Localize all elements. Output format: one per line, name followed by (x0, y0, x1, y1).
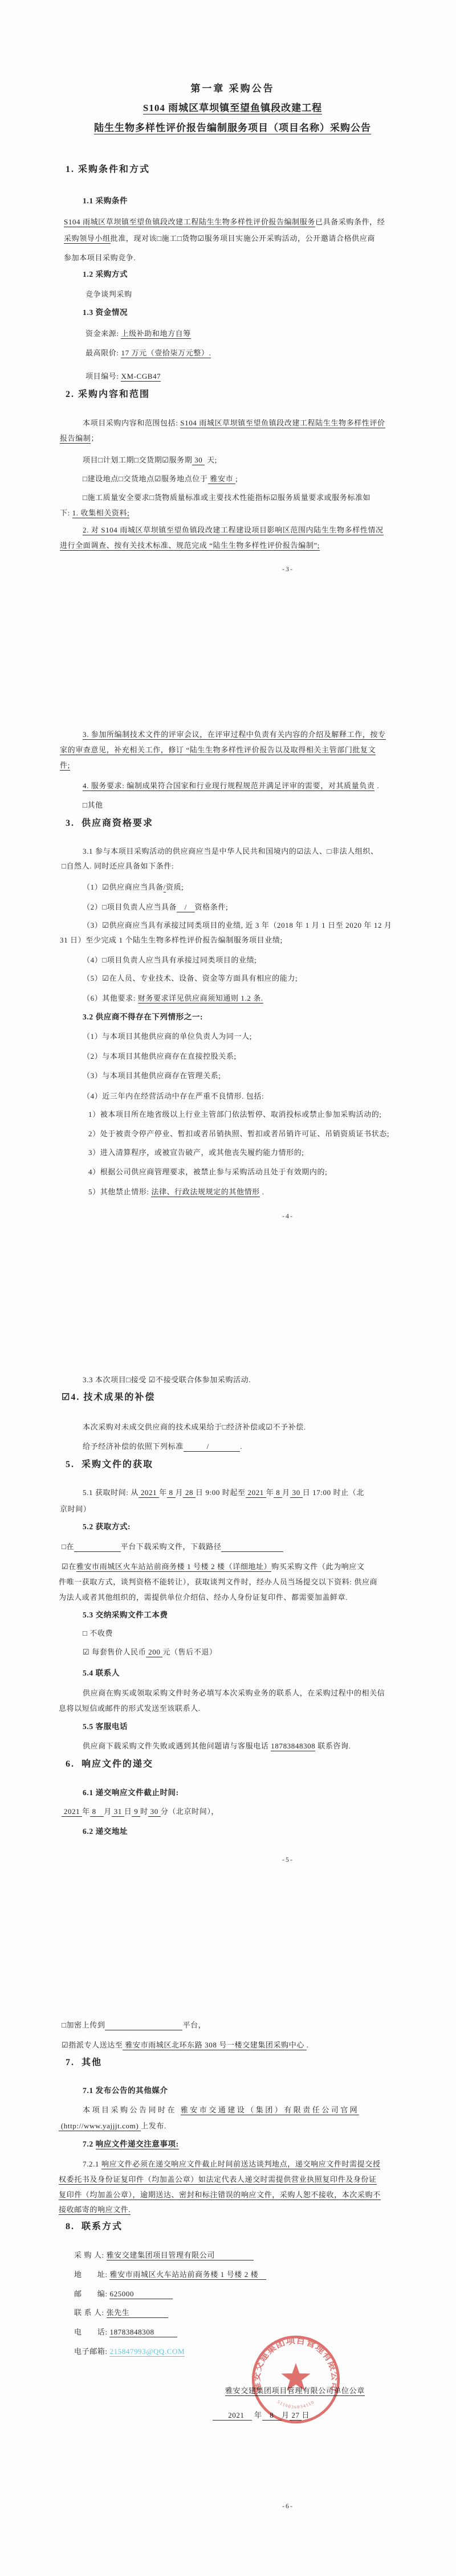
seal-company-text: 雅安交建集团项目管理有限公司 (251, 2335, 340, 2393)
text-segment: 3. 参加所编制技术文件的评审会议，在评审过程中负责有关内容的介绍及解释工作，按… (83, 730, 386, 740)
doc-line-p3: 供应商在购买或领取采购文件时务必填写本次采购业务的联系人，在采购过程中的相关信 (83, 1689, 385, 1698)
doc-line-p2: 5）其他禁止情形: 法律、行政法规规定的其他情形 . (88, 1187, 264, 1197)
text-segment: 30 (192, 456, 205, 465)
price-ceiling: 最高限价: 17 万元（壹拾柒万元整）. (85, 349, 211, 358)
text-segment: ☑指派专人送达至 (62, 2041, 123, 2049)
text-segment: 下: (60, 509, 72, 517)
seal-code-text: 5110036034110 (276, 2399, 316, 2410)
text-segment: □其他 (83, 801, 103, 809)
doc-line-p3: 给予经济补偿的依照下列标准 / . (83, 1442, 242, 1451)
publish-media: 本项目采购公告同时在 雅安市交通建设（集团）有限责任公司官网 (83, 2106, 359, 2115)
text-segment: 7. 其他 (66, 2058, 102, 2067)
text-segment: （4）□项目负责人应当具有承接过同类项目的业绩; (83, 956, 256, 964)
text-segment: （4）近三年内在经营活动中存在严重不良情形. 包括: (83, 1092, 264, 1100)
doc-line-p2: （1）☑供应商应当具备/资质; (83, 883, 184, 892)
postal-code: 邮 编: 625000 (74, 2290, 173, 2299)
text-segment: 2. 采购内容和范围 (66, 390, 150, 399)
text-segment: / (177, 903, 194, 912)
purchaser-name: 采 购 人: 雅安交建集团项目管理有限公司 (74, 2251, 254, 2260)
text-segment: 30 (290, 1488, 303, 1498)
text-segment: 3. 供应商资格要求 (66, 818, 153, 828)
doc-line-p2: （3）与本项目其他供应商存在管理关系; (83, 1071, 221, 1080)
text-segment: . (374, 781, 379, 790)
text-segment: 电 话: (74, 2328, 109, 2336)
doc-line-p4: 权委托书及身份证复印件（均加盖公章）如法定代表人递交时需提供营业执照复印件及身份… (59, 2175, 377, 2184)
doc-line-p1: 2. 对 S104 雨城区草坝镇至望鱼镇段改建工程建设项目影响区范围内陆生生物多… (83, 526, 384, 535)
text-segment: 8 (90, 1807, 104, 1817)
document-fee: ☑ 每套售价人民币 200 元（售后不退） (83, 1648, 217, 1657)
text-segment: 陆生生物多样性评价报告编制服务项目 (94, 122, 268, 134)
text-segment: 本项目采购内容和范围包括: (83, 419, 180, 427)
text-segment: （6）其他要求: (83, 994, 138, 1002)
text-segment: 元（售后不退） (162, 1648, 217, 1656)
text-segment: 2021 (246, 1488, 266, 1498)
doc-line-p1: 本项目采购内容和范围包括: S104 雨城区草坝镇至望鱼镇段改建工程陆生生物多样… (83, 419, 385, 428)
text-segment: ☑在 (62, 1562, 76, 1571)
text-segment: 18783848308 (271, 1742, 315, 1751)
text-segment: 8 (274, 1488, 282, 1498)
text-segment: 上发布. (141, 2122, 166, 2130)
text-segment: 5.3 交纳采购文件工本费 (83, 1611, 168, 1619)
text-segment: ； (91, 434, 99, 443)
text-segment: 参加本项目采购竞争. (64, 253, 136, 262)
doc-line-p4: 7.2.1 响应文件必须在递交响应文件截止时间前送达谈判地点，递交响应文件时需提… (83, 2160, 380, 2169)
text-segment: 2021 (62, 1807, 82, 1817)
chapter-title: 第一章 采购公告 (57, 83, 408, 95)
section-6-1-heading: 6.1 递交响应文件截止时间: (83, 1788, 179, 1798)
text-segment: 7.1 发布公告的其他媒介 (83, 2086, 168, 2095)
text-segment: 进行全面调查、按有关技术标准、规范完成 “陆生生物多样性评价报告编制”; (60, 541, 320, 551)
text-segment: 电子邮箱: (74, 2347, 109, 2356)
text-segment: 雅安交建集团项目管理有限公司 (107, 2251, 254, 2260)
text-segment: 18783848308 (109, 2328, 177, 2337)
contact-email: 电子邮箱: 215847993@QQ.COM (74, 2347, 185, 2356)
text-segment: 地 址: (74, 2270, 109, 2279)
page-number: -3- (282, 565, 294, 574)
doc-line-p2: 31 日）至少完成 1 个陆生生物多样性评价报告编制服务项目业绩; (60, 936, 283, 945)
text-segment: / (184, 1442, 240, 1452)
doc-line-p4: 复印件（均加盖公章），逾期送达、密封和标注错误的响应文件，采购人恕不接收，本次采… (59, 2190, 381, 2200)
text-segment (221, 1542, 283, 1552)
text-segment: 给予经济补偿的依照下列标准 (83, 1442, 184, 1451)
text-segment: S104 雨城区草坝镇至望鱼镇段改建工程陆生生物多样性评价报告编制服务 (64, 218, 315, 227)
seal-caption: 雅安交建集团项目管理有限公司单位公章 (225, 2386, 365, 2395)
procurement-announcement-document: 第一章 采购公告S104 雨城区草坝镇至望鱼镇段改建工程陆生生物多样性评价报告编… (0, 0, 456, 2576)
doc-line-p1: 参加本项目采购竞争. (64, 253, 136, 263)
text-segment: -5- (282, 1856, 294, 1864)
text-segment: ☑ 每套售价人民币 (83, 1648, 146, 1656)
text-segment: 为法人或者其他组织的，需提供单位介绍信、经办人身份证复印件、都需要加盖鲜章. (59, 1593, 348, 1602)
text-segment: 17 万元（壹拾柒万元整）. (121, 349, 211, 358)
text-segment: 竞争谈判采购 (85, 290, 132, 298)
text-segment: 2021 (139, 1488, 159, 1498)
text-segment: 日 (302, 2411, 310, 2419)
text-segment: 月 (104, 1807, 112, 1816)
text-segment: 1. 收集相关资料; (72, 509, 130, 518)
text-segment: 雅安市雨城区火车站站前商务楼 1 号楼 2 楼 (109, 2270, 266, 2280)
purchaser-address: 地 址: 雅安市雨城区火车站站前商务楼 1 号楼 2 楼 (74, 2270, 266, 2279)
text-segment: （5）☑在人员、专业技术、设备、资金等方面具有相应的能力; (83, 974, 298, 982)
text-segment (105, 2021, 182, 2030)
text-segment: 本次采购对未成交供应商的技术成果给于□经济补偿或☑不予补偿. (83, 1423, 306, 1431)
text-segment: 响应文件递交注意事项: (96, 2140, 179, 2149)
section-8-heading: 8. 联系方式 (66, 2221, 123, 2233)
section-7-2-heading: 7.2 响应文件递交注意事项: (83, 2140, 179, 2149)
text-segment: 1.1 采购条件 (83, 196, 128, 205)
text-segment: 年 (266, 1488, 274, 1497)
text-segment: 2. 对 S104 雨城区草坝镇至望鱼镇段改建工程建设项目影响区范围内陆生生物多… (83, 526, 384, 535)
text-segment: 资金来源: (85, 329, 121, 338)
text-segment: 3.2 供应商不得存在下列情形之一: (83, 1013, 203, 1021)
doc-line-p1: 项目□计划工期□交货期☑服务期 30 天; (83, 456, 217, 465)
text-segment: XM-CGB47 (121, 372, 161, 382)
doc-line-p2: 4）根据公司供应商管理要求，被禁止参与采购活动且处于有效期内的; (88, 1168, 327, 1177)
text-segment: □加密上传到 (62, 2021, 105, 2029)
doc-line-p1: S104 雨城区草坝镇至望鱼镇段改建工程陆生生物多样性评价报告编制服务已具备采购… (64, 218, 385, 227)
text-segment: 供应商下载采购文件失败或遇到其他问题请与客服电话 (83, 1742, 271, 1750)
text-segment: （1）与本项目其他供应商的单位负责人为同一人; (83, 1032, 252, 1041)
text-segment: 雅安市 (208, 474, 236, 484)
doc-line-p3: □ 不收费 (83, 1629, 113, 1638)
text-segment (74, 1542, 121, 1552)
section-3-heading: 3. 供应商资格要求 (66, 818, 153, 829)
text-segment: 张先生 (107, 2308, 169, 2318)
text-segment: 项目□计划工期□交货期☑服务期 (83, 456, 192, 464)
text-segment: -6- (282, 2502, 294, 2510)
project-title-line1: S104 雨城区草坝镇至望鱼镇段改建工程 (57, 102, 408, 114)
text-segment: (http://www.yajjjt.com) (59, 2122, 141, 2131)
page-number: -5- (282, 1856, 294, 1864)
text-segment: 京时间） (60, 1505, 91, 1513)
section-5-3-heading: 5.3 交纳采购文件工本费 (83, 1611, 168, 1620)
doc-line-p2: （5）☑在人员、专业技术、设备、资金等方面具有相应的能力; (83, 974, 298, 983)
section-5-5-heading: 5.5 客服电话 (83, 1722, 128, 1732)
text-segment: 6.2 递交地址 (83, 1827, 128, 1836)
text-segment: （3）☑供应商应当具有承接过同类项目的业绩, 近 3 年（2018 年 1 月 … (83, 921, 392, 929)
text-segment: 复印件（均加盖公章），逾期送达、密封和标注错误的响应文件，采购人恕不接收，本次采… (59, 2190, 381, 2200)
doc-line-p2: （4）□项目负责人应当具有承接过同类项目的业绩; (83, 956, 256, 965)
text-segment: 息将以短信或邮件的形式发送至该联系人. (59, 1704, 201, 1713)
doc-line-p1: 报告编制； (60, 434, 99, 443)
service-phone: 供应商下载采购文件失败或遇到其他问题请与客服电话 18783848308 联系咨… (83, 1742, 351, 1751)
delivery-address: ☑指派专人送达至 雅安市雨城区北环东路 308 号一楼交建集团采购中心 . (62, 2041, 309, 2050)
text-segment: 1. 采购条件和方式 (66, 165, 150, 174)
doc-line-p4: 接收邮寄的响应文件. (59, 2205, 131, 2214)
section-2-heading: 2. 采购内容和范围 (66, 389, 150, 400)
section-5-heading: 5. 采购文件的获取 (66, 1459, 153, 1471)
text-segment: （2）与本项目其他供应商存在直接控股关系; (83, 1052, 237, 1060)
doc-line-p3: ☑在雅安市雨城区火车站站前商务楼 1 号楼 2 楼（详细地址）购买采购文件（此为… (62, 1562, 364, 1571)
doc-line-p1: □建设地点□交货地点☑服务地点位于 雅安市 ; (83, 474, 238, 484)
text-segment: 财务要求详见供应商须知通则 1.2 条. (138, 994, 263, 1004)
doc-line-p2: （6）其他要求: 财务要求详见供应商须知通则 1.2 条. (83, 994, 263, 1003)
section-1-2-heading: 1.2 采购方式 (83, 270, 128, 280)
text-segment: 月 (176, 1488, 184, 1497)
text-segment: 购买采购文件（此为响应文 (271, 1562, 364, 1571)
text-segment: 邮 编: (74, 2290, 109, 2298)
section-5-2-heading: 5.2 获取方式: (83, 1522, 131, 1532)
svg-text:5110036034110: 5110036034110 (276, 2399, 316, 2410)
text-segment: 31 (112, 1807, 124, 1817)
section-1-heading: 1. 采购条件和方式 (66, 164, 150, 175)
acquisition-time: 5.1 获取时间: 从 2021 年 8 月 28 日 9:00 时起至 202… (83, 1488, 364, 1497)
text-segment: 件唯一获取方式，谈判资格不能转让），获取谈判文件时，经办人员当场提交以下资料: … (59, 1578, 377, 1586)
doc-line-p3: 3.3 本次项目□接受 ☑不接受联合体参加采购活动. (83, 1375, 251, 1385)
doc-line-p2: （3）☑供应商应当具有承接过同类项目的业绩, 近 3 年（2018 年 1 月 … (83, 921, 392, 930)
doc-line-p3: □在 平台下载采购文件，下载路径 (62, 1542, 283, 1551)
text-segment: 7.2 (83, 2140, 96, 2148)
text-segment: 4. 服务要求: 编制成果符合国家和行业现行规程规范并满足评审的需要，对其质量负… (83, 781, 374, 791)
text-segment: 3）进入清算程序，或被宣告破产，或其他丧失履约能力情形的; (88, 1148, 304, 1157)
text-segment: 1.3 资金情况 (83, 308, 128, 317)
text-segment: □ 不收费 (83, 1629, 113, 1637)
doc-line-p1: 采购领导小组批准，现对该□施工□货物☑服务项目实施公开采购活动，公开邀请合格供应… (64, 234, 375, 243)
section-6-2-heading: 6.2 递交地址 (83, 1827, 128, 1837)
text-segment: . (307, 2041, 309, 2049)
text-segment: 5.2 获取方式: (83, 1522, 131, 1531)
text-segment: 日 9:00 时起至 (196, 1488, 246, 1497)
section-7-1-heading: 7.1 发布公告的其他媒介 (83, 2086, 168, 2096)
text-segment: 接收邮寄的响应文件. (59, 2205, 131, 2215)
text-segment: ; (235, 474, 238, 483)
text-segment: 平台， (182, 2021, 206, 2029)
text-segment: 年 (159, 1488, 167, 1497)
doc-line-p3: 本次采购对未成交供应商的技术成果给于□经济补偿或☑不予补偿. (83, 1423, 306, 1432)
text-segment: 月 (282, 2411, 290, 2419)
text-segment: 法律、行政法规规定的其他情形 (151, 1187, 259, 1197)
text-segment: 报告编制 (60, 434, 91, 444)
section-7-heading: 7. 其他 (66, 2057, 102, 2069)
doc-line-p1: □施工质量安全要求□货物质量标准或主要技术性能指标☑服务质量要求或服务标准如 (83, 493, 370, 502)
text-segment: 天; (205, 456, 217, 464)
text-segment: 年 (252, 2411, 262, 2419)
text-segment: □建设地点□交货地点☑服务地点位于 (83, 474, 208, 483)
text-segment: 雅安市雨城区北环东路 308 号一楼交建集团采购中心 (123, 2041, 306, 2050)
text-segment: 30 (148, 1807, 161, 1817)
text-segment: -4- (282, 1212, 294, 1220)
section-6-heading: 6. 响应文件的递交 (66, 1759, 153, 1770)
text-segment: 3.1 参与本项目采购活动的供应商应当是中华人民共和国境内的☑法人、□非法人组织… (83, 847, 378, 855)
text-segment: ☑4. 技术成果的补偿 (62, 1393, 155, 1402)
text-segment: 雅安市雨城区火车站站前商务楼 1 号楼 2 楼（详细地址） (76, 1562, 271, 1572)
doc-line-p3: 件唯一获取方式，谈判资格不能转让），获取谈判文件时，经办人员当场提交以下资料: … (59, 1578, 377, 1587)
text-segment: 资格条件; (195, 903, 229, 911)
text-segment: 215847993@QQ.COM (109, 2347, 185, 2357)
text-segment: 供应商在购买或领取采购文件时务必填写本次采购业务的联系人，在采购过程中的相关信 (83, 1689, 385, 1697)
doc-line-p2: 4. 服务要求: 编制成果符合国家和行业现行规程规范并满足评审的需要，对其质量负… (83, 781, 379, 791)
text-segment: 8 (167, 1488, 176, 1498)
doc-line-p2: 3. 参加所编制技术文件的评审会议，在评审过程中负责有关内容的介绍及解释工作，按… (83, 730, 386, 739)
publish-url: (http://www.yajjjt.com) 上发布. (59, 2122, 166, 2131)
text-segment: 2021 (213, 2411, 252, 2421)
text-segment: 4）根据公司供应商管理要求，被禁止参与采购活动且处于有效期内的; (88, 1168, 327, 1176)
text-segment: 年 (82, 1807, 90, 1816)
doc-line-p3: 为法人或者其他组织的，需提供单位介绍信、经办人身份证复印件、都需要加盖鲜章. (59, 1593, 348, 1602)
text-segment: 雅安市交通建设（集团）有限责任公司官网 (181, 2106, 360, 2115)
text-segment: 7.2.1 (83, 2160, 101, 2168)
doc-line-p3: 京时间） (60, 1505, 91, 1514)
text-segment: 日 17:00 时止（北 (303, 1488, 364, 1497)
section-3-2-heading: 3.2 供应商不得存在下列情形之一: (83, 1013, 203, 1022)
text-segment: 资质; (166, 883, 184, 891)
procurement-method: 竞争谈判采购 (85, 290, 132, 299)
section-4-heading: ☑4. 技术成果的补偿 (62, 1392, 155, 1403)
text-segment: 第一章 采购公告 (190, 83, 274, 94)
text-segment: 分（北京时间）， (161, 1807, 219, 1816)
text-segment: 已具备采购条件，经 (315, 218, 385, 226)
text-segment: 200 (146, 1648, 162, 1657)
text-segment: 联 系 人: (74, 2308, 107, 2317)
text-segment: 1）被本项目所在地省级以上行业主管部门依法暂停、取消投标或禁止参加采购活动的; (88, 1110, 382, 1119)
text-segment: S104 雨城区草坝镇至望鱼镇段改建工程 (143, 103, 322, 114)
text-segment: 1.2 采购方式 (83, 270, 128, 279)
text-segment: 响应文件必须在递交响应文件截止时间前送达谈判地点，递交响应文件时需提交授 (101, 2160, 381, 2169)
seal-ring (253, 2337, 339, 2422)
text-segment: 月 (282, 1488, 290, 1497)
text-segment: □自然人. 同时还应具备如下条件: (62, 862, 174, 870)
project-title-line2: 陆生生物多样性评价报告编制服务项目（项目名称）采购公告 (57, 122, 408, 134)
text-segment: 本项目采购公告同时在 (83, 2106, 181, 2114)
text-segment: 日 (124, 1807, 132, 1816)
text-segment: S104 雨城区草坝镇至望鱼镇段改建工程陆生生物多样性评价 (180, 419, 385, 428)
text-segment: 6. 响应文件的递交 (66, 1759, 153, 1769)
text-segment: 雅安交建集团项目管理有限公司单位公章 (225, 2386, 365, 2396)
text-segment: 28 (183, 1488, 196, 1498)
text-segment: □施工质量安全要求□货物质量标准或主要技术性能指标☑服务质量要求或服务标准如 (83, 493, 370, 502)
text-segment: （1）☑供应商应当具备 (83, 883, 164, 891)
contact-phone: 电 话: 18783848308 (74, 2328, 177, 2337)
text-segment: 5.4 联系人 (83, 1669, 120, 1677)
text-segment: 权委托书及身份证复印件（均加盖公章）如法定代表人递交时需提供营业执照复印件及身份… (59, 2175, 377, 2185)
doc-line-p2: （4）近三年内在经营活动中存在严重不良情形. 包括: (83, 1092, 264, 1101)
doc-line-p2: （2）□项目负责人应当具备 / 资格条件; (83, 903, 228, 912)
signature-date: 2021 年 8 月 27 日 (213, 2411, 310, 2420)
text-segment: 8 (262, 2411, 282, 2421)
text-segment: -3- (282, 565, 294, 573)
text-segment: 6.1 递交响应文件截止时间: (83, 1788, 179, 1797)
text-segment: 5）其他禁止情形: (88, 1187, 151, 1196)
text-segment: 项目编号: (85, 372, 121, 380)
text-segment: 联系咨询. (315, 1742, 351, 1750)
text-segment: 3.3 本次项目□接受 ☑不接受联合体参加采购活动. (83, 1375, 251, 1384)
text-segment: 27 (290, 2411, 302, 2421)
text-segment: . (240, 1442, 242, 1451)
doc-line-p2: （1）与本项目其他供应商的单位负责人为同一人; (83, 1032, 252, 1041)
text-segment: □在 (62, 1542, 74, 1551)
doc-line-p1: 下: 1. 收集相关资料; (60, 509, 129, 518)
doc-line-p2: 1）被本项目所在地省级以上行业主管部门依法暂停、取消投标或禁止参加采购活动的; (88, 1110, 382, 1119)
contact-person: 联 系 人: 张先生 (74, 2308, 168, 2317)
section-1-3-heading: 1.3 资金情况 (83, 308, 128, 318)
text-segment: 5. 采购文件的获取 (66, 1460, 153, 1469)
text-segment: 625000 (109, 2290, 173, 2299)
doc-line-p2: 2）处于被责令停产停业、暂扣或者吊销执照、暂扣或者吊销许可证、吊销资质证书状态; (88, 1129, 389, 1138)
page-number: -6- (282, 2502, 294, 2511)
text-segment: 平台下载采购文件，下载路径 (121, 1542, 222, 1551)
page-number: -4- (282, 1212, 294, 1221)
text-segment: （2）□项目负责人应当具备 (83, 903, 177, 911)
text-segment: （项目名称）采购公告 (268, 122, 371, 134)
section-1-1-heading: 1.1 采购条件 (83, 196, 128, 206)
text-segment: 时 (140, 1807, 148, 1816)
text-segment: 批准，现对该□施工□货物☑服务项目实施公开采购活动，公开邀请合格供应商 (111, 234, 375, 243)
text-segment: 采 购 人: (74, 2251, 107, 2259)
text-segment: 5.1 获取时间: 从 (83, 1488, 139, 1497)
doc-line-p2: （2）与本项目其他供应商存在直接控股关系; (83, 1052, 237, 1061)
text-segment: 31 日）至少完成 1 个陆生生物多样性评价报告编制服务项目业绩; (60, 936, 283, 944)
section-5-4-heading: 5.4 联系人 (83, 1669, 120, 1678)
text-segment: （3）与本项目其他供应商存在管理关系; (83, 1071, 221, 1080)
text-segment: 9 (132, 1807, 140, 1817)
doc-line-p2: 件; (60, 761, 70, 770)
text-segment: 2）处于被责令停产停业、暂扣或者吊销执照、暂扣或者吊销许可证、吊销资质证书状态; (88, 1129, 389, 1138)
doc-line-p2: 家的审查意见，补充相关工作，修订 “陆生生物多样性评价报告以及取得相关主管部门批… (60, 746, 376, 755)
text-segment: . (260, 1187, 264, 1196)
text-segment: 家的审查意见，补充相关工作，修订 “陆生生物多样性评价报告以及取得相关主管部门批… (60, 746, 376, 755)
doc-line-p2: □自然人. 同时还应具备如下条件: (62, 862, 174, 871)
text-segment: 最高限价: (85, 349, 121, 357)
svg-text:雅安交建集团项目管理有限公司: 雅安交建集团项目管理有限公司 (251, 2335, 340, 2393)
doc-line-p3: 息将以短信或邮件的形式发送至该联系人. (59, 1704, 201, 1713)
text-segment: 5.5 客服电话 (83, 1722, 128, 1731)
doc-line-p4: □加密上传到 平台， (62, 2021, 206, 2030)
doc-line-p1: 进行全面调查、按有关技术标准、规范完成 “陆生生物多样性评价报告编制”; (60, 541, 320, 550)
text-segment: 8. 联系方式 (66, 2222, 123, 2231)
text-segment: 采购领导小组 (64, 234, 111, 244)
text-segment: 件; (60, 761, 70, 771)
project-number: 项目编号: XM-CGB47 (85, 372, 161, 381)
submission-deadline: 2021 年 8 月 31 日 9 时 30 分（北京时间）， (62, 1807, 219, 1816)
doc-line-p2: □其他 (83, 801, 103, 810)
doc-line-p2: 3.1 参与本项目采购活动的供应商应当是中华人民共和国境内的☑法人、□非法人组织… (83, 847, 378, 856)
doc-line-p2: 3）进入清算程序，或被宣告破产，或其他丧失履约能力情形的; (88, 1148, 304, 1157)
text-segment: 上级补助和地方自筹 (121, 329, 190, 339)
funding-source: 资金来源: 上级补助和地方自筹 (85, 329, 191, 338)
